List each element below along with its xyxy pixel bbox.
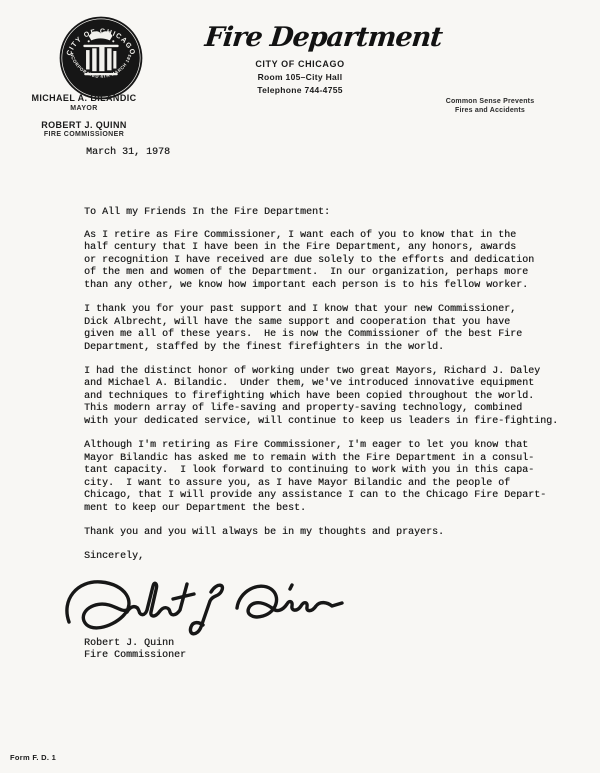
letter-closing: Sincerely,: [84, 551, 568, 563]
masthead: Fire Department CITY OF CHICAGO Room 105…: [205, 22, 395, 95]
masthead-phone: Telephone 744-4755: [205, 85, 395, 95]
signed-title: Fire Commissioner: [84, 650, 568, 662]
commissioner-name: ROBERT J. QUINN: [4, 121, 164, 131]
masthead-address: Room 105–City Hall: [205, 72, 395, 82]
department-script-title: Fire Department: [203, 22, 396, 53]
city-of-chicago-seal-icon: CITY OF CHICAGO INCORPORATED 4TH MARCH 1…: [57, 14, 145, 102]
letter-page: CITY OF CHICAGO INCORPORATED 4TH MARCH 1…: [0, 0, 600, 773]
slogan-line-2: Fires and Accidents: [425, 106, 555, 115]
mayor-title: MAYOR: [4, 105, 164, 113]
letter-paragraph: I thank you for your past support and I …: [84, 304, 568, 354]
commissioner-title: FIRE COMMISSIONER: [4, 131, 164, 139]
safety-slogan: Common Sense Prevents Fires and Accident…: [425, 97, 555, 115]
letter-paragraph: Although I'm retiring as Fire Commission…: [84, 440, 568, 515]
officials-block: MICHAEL A. BILANDIC MAYOR ROBERT J. QUIN…: [4, 94, 164, 139]
letter-body: March 31, 1978 To All my Friends In the …: [84, 147, 568, 663]
signed-name: Robert J. Quinn: [84, 638, 568, 650]
letter-paragraph: I had the distinct honor of working unde…: [84, 366, 568, 428]
letter-date: March 31, 1978: [86, 147, 568, 159]
mayor-name: MICHAEL A. BILANDIC: [4, 94, 164, 104]
letter-paragraph: Thank you and you will always be in my t…: [84, 527, 568, 539]
form-number: Form F. D. 1: [10, 753, 56, 762]
slogan-line-1: Common Sense Prevents: [425, 97, 555, 106]
signed-block: Robert J. Quinn Fire Commissioner: [84, 638, 568, 663]
masthead-city: CITY OF CHICAGO: [205, 59, 395, 69]
letter-paragraph: As I retire as Fire Commissioner, I want…: [84, 230, 568, 292]
letter-salutation: To All my Friends In the Fire Department…: [84, 207, 568, 219]
